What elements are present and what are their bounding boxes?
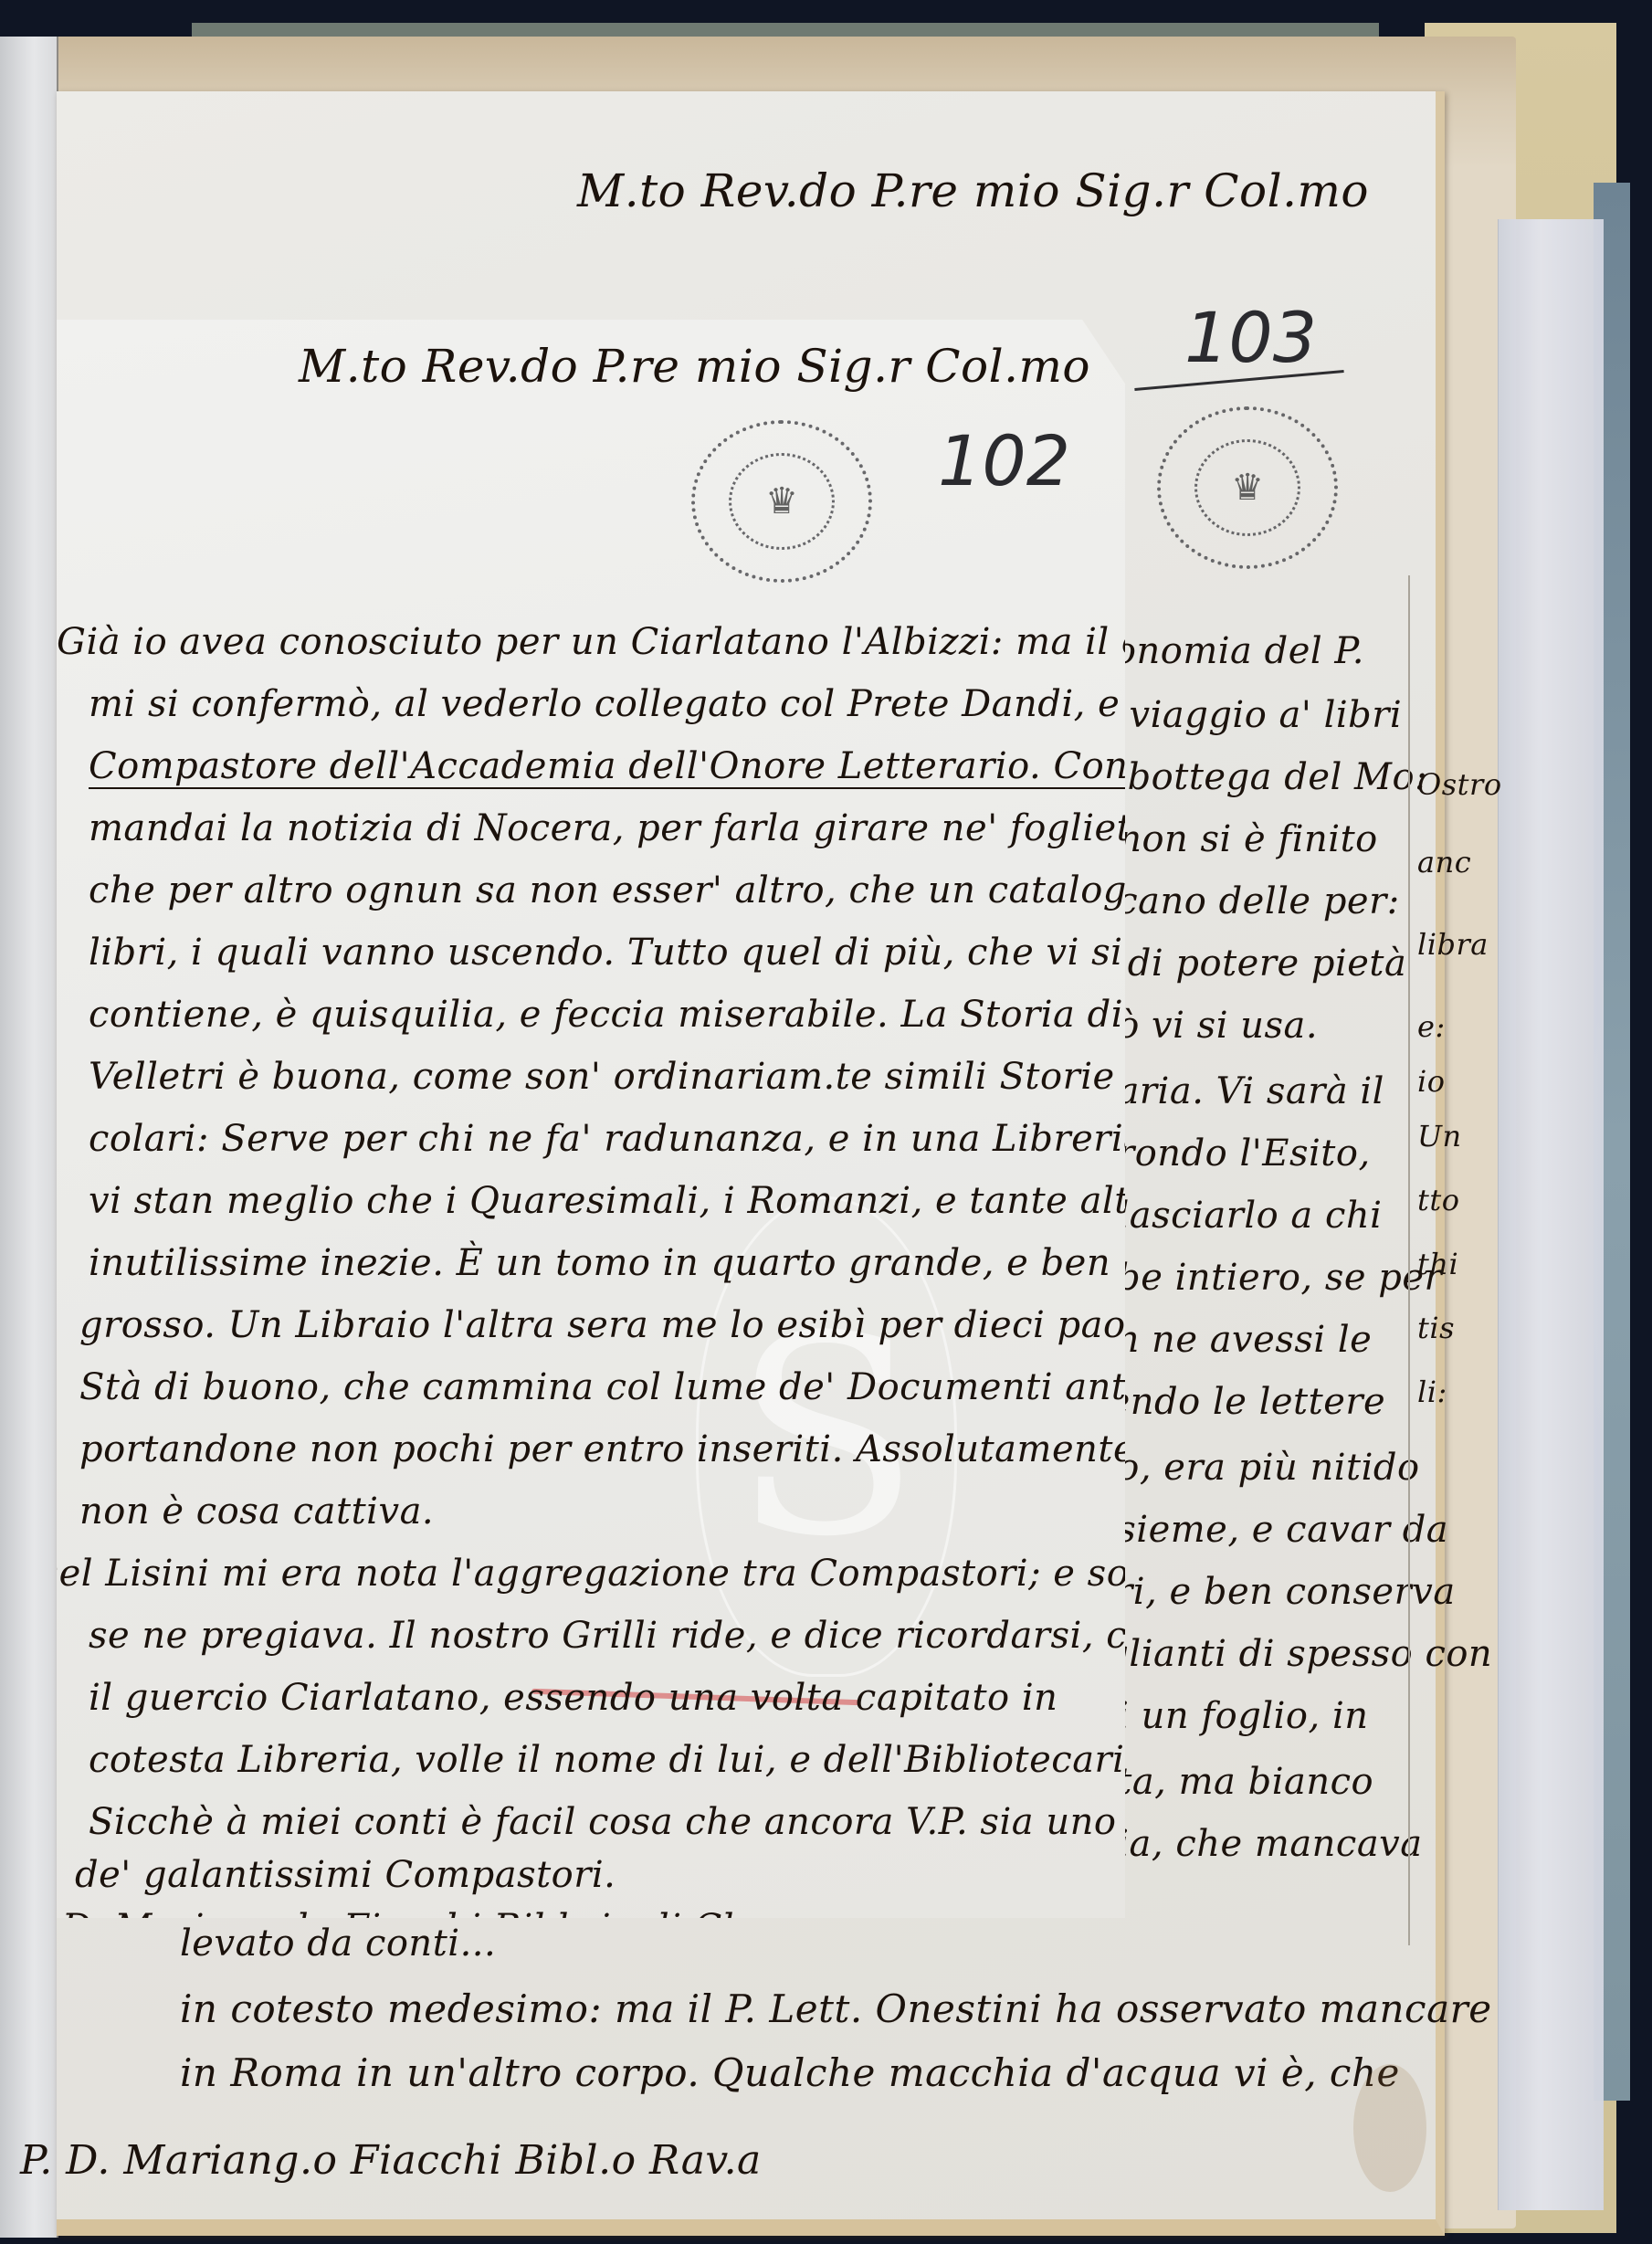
text-fragment: thi (1417, 1247, 1472, 1311)
text-line: hò vi si usa. (1093, 1005, 1422, 1070)
text-fragment: Un (1417, 1119, 1472, 1183)
text-line: de' galantissimi Compastori. (57, 1854, 1125, 1907)
text-line: in Roma in un'altro corpo. Qualche macch… (180, 2050, 1400, 2095)
text-line: vi stan meglio che i Quaresimali, i Roma… (57, 1180, 1125, 1242)
text-fragment: io (1417, 1064, 1472, 1119)
text-line: cotesta Libreria, volle il nome di lui, … (57, 1739, 1125, 1801)
text-line: se ne pregiava. Il nostro Grilli ride, e… (57, 1615, 1125, 1677)
library-stamp-icon: ♛ (691, 420, 872, 583)
text-line: no, era più nitido (1093, 1447, 1422, 1509)
text-line: conomia del P. (1093, 630, 1422, 694)
text-line: non è cosa cattiva. (57, 1491, 1125, 1553)
text-line: grosso. Un Libraio l'altra sera me lo es… (57, 1304, 1125, 1366)
text-line: portandone non pochi per entro inseriti.… (57, 1428, 1125, 1491)
text-line: Del Lisini mi era nota l'aggregazione tr… (29, 1553, 1125, 1615)
text-line: di un foglio, in (1093, 1695, 1422, 1761)
right-column-text: conomia del P. n viaggio a' libri a bott… (1093, 630, 1422, 1885)
text-line: Sicchè à miei conti è facil cosa che anc… (57, 1801, 1125, 1854)
text-line: a bottega del Mo: (1093, 756, 1422, 818)
text-line: Velletri è buona, come son' ordinariam.t… (57, 1056, 1125, 1118)
text-line: in cotesto medesimo: ma il P. Lett. Ones… (180, 1986, 1492, 2031)
text-line: nta, ma bianco (1093, 1761, 1422, 1823)
text-line: n viaggio a' libri (1093, 694, 1422, 756)
text-line: bbe intiero, se per (1093, 1257, 1422, 1319)
text-line: iglianti di spesso con (1093, 1633, 1422, 1695)
text-fragment: anc (1417, 845, 1472, 927)
text-line: prondo l'Esito, (1093, 1133, 1422, 1195)
text-line: ucano delle per: (1093, 880, 1422, 943)
text-fragment: li: (1417, 1375, 1472, 1438)
text-line: mi si confermò, al vederlo collegato col… (57, 683, 1125, 745)
text-line: o di potere pietà (1093, 943, 1422, 1005)
text-line: il guercio Ciarlatano, essendo una volta… (57, 1677, 1125, 1739)
margin-fragments: Ostro anc libra e: io Un tto thi tis li: (1417, 767, 1472, 1438)
folio-number-103: 103 (1184, 297, 1317, 378)
text-line: contiene, è quisquilia, e feccia miserab… (57, 994, 1125, 1056)
facing-page-edge (0, 37, 58, 2238)
text-fragment: Ostro (1417, 767, 1472, 845)
sheet-102: M.to Rev.do P.re mio Sig.r Col.mo 102 ♛ … (57, 320, 1125, 1918)
text-line-underlined: Compastore dell'Accademia dell'Onore Let… (57, 745, 1125, 807)
library-stamp-icon: ♛ (1157, 406, 1338, 569)
text-line: mandai la notizia di Nocera, per farla g… (57, 807, 1125, 869)
text-line: Già io avea conosciuto per un Ciarlatano… (57, 621, 1125, 683)
tissue-interleaf (1498, 219, 1604, 2210)
text-line: libri, i quali vanno uscendo. Tutto quel… (57, 932, 1125, 994)
text-line: levato da conti... (180, 1923, 496, 1965)
text-fragment: libra (1417, 927, 1472, 1009)
text-line: inutilissime inezie. È un tomo in quarto… (57, 1242, 1125, 1304)
text-line: ; non si è finito (1093, 818, 1422, 880)
text-line: che per altro ognun sa non esser' altro,… (57, 869, 1125, 932)
text-line: liaria. Vi sarà il (1093, 1070, 1422, 1133)
stamp-emblem-icon: ♛ (729, 453, 835, 550)
text-line: i lasciarlo a chi (1093, 1195, 1422, 1257)
text-line: colari: Serve per chi ne fa' radunanza, … (57, 1118, 1125, 1180)
text-line: tendo le lettere (1093, 1381, 1422, 1447)
letter-body: Già io avea conosciuto per un Ciarlatano… (57, 621, 1125, 1960)
text-line: Stà di buono, che cammina col lume de' D… (57, 1366, 1125, 1428)
salutation-102: M.to Rev.do P.re mio Sig.r Col.mo (299, 340, 1090, 393)
text-fragment: tto (1417, 1183, 1472, 1247)
water-stain (1353, 2064, 1426, 2192)
text-line: on ne avessi le (1093, 1319, 1422, 1381)
salutation-103: M.to Rev.do P.re mio Sig.r Col.mo (577, 164, 1369, 217)
text-fragment: tis (1417, 1311, 1472, 1375)
text-line: nia, che mancava (1093, 1823, 1422, 1885)
address-line: P. D. Mariang.o Fiacchi Bibl.o Rav.a (20, 2137, 762, 2184)
stamp-emblem-icon: ♛ (1194, 439, 1300, 536)
paper-fold-edge (1408, 575, 1410, 1945)
text-fragment: e: (1417, 1009, 1472, 1064)
folio-number-102: 102 (938, 420, 1070, 501)
text-line: nsieme, e cavar da (1093, 1509, 1422, 1571)
text-line: eri, e ben conserva (1093, 1571, 1422, 1633)
